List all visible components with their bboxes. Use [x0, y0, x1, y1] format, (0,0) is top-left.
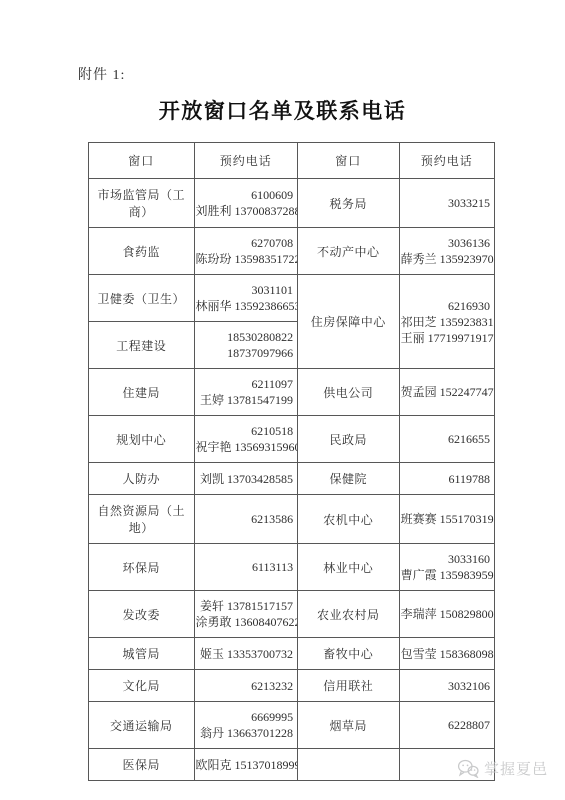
phone-line: 3033160	[401, 551, 490, 567]
window-name-cell: 医保局	[89, 749, 195, 781]
window-name-cell: 不动产中心	[298, 228, 400, 275]
phone-cell: 包雪莹 15836809876	[399, 638, 494, 670]
phone-line: 6213586	[196, 511, 294, 527]
window-name-cell: 市场监管局（工商）	[89, 179, 195, 228]
window-name-cell: 文化局	[89, 670, 195, 702]
phone-line: 6228807	[401, 717, 490, 733]
phone-line: 6669995	[196, 709, 294, 725]
window-name-cell: 环保局	[89, 544, 195, 591]
phone-line: 林丽华 13592386653	[196, 298, 294, 314]
contact-table: 窗口预约电话窗口预约电话 市场监管局（工商）6100609刘胜利 1370083…	[88, 142, 495, 781]
phone-line: 陈玢玢 13598351722	[196, 251, 294, 267]
column-header: 窗口	[298, 143, 400, 179]
phone-line: 6211097	[196, 376, 294, 392]
phone-line: 曹广霞 13598395987	[401, 567, 490, 583]
window-name-cell: 民政局	[298, 416, 400, 463]
phone-cell: 6119788	[399, 463, 494, 495]
window-name-cell: 发改委	[89, 591, 195, 638]
table-row: 自然资源局（土地）6213586农机中心班赛赛 15517031915	[89, 495, 495, 544]
phone-cell: 1853028082218737097966	[194, 322, 298, 369]
phone-line: 18530280822	[196, 329, 294, 345]
window-name-cell: 住房保障中心	[298, 275, 400, 369]
window-name-cell: 自然资源局（土地）	[89, 495, 195, 544]
phone-cell: 6228807	[399, 702, 494, 749]
phone-cell: 李瑞萍 15082980088	[399, 591, 494, 638]
phone-cell: 6213232	[194, 670, 298, 702]
phone-cell: 欧阳克 15137018999	[194, 749, 298, 781]
window-name-cell: 食药监	[89, 228, 195, 275]
phone-line: 3033215	[401, 195, 490, 211]
phone-cell: 贺孟园 15224774727	[399, 369, 494, 416]
table-row: 食药监6270708陈玢玢 13598351722不动产中心3036136薛秀兰…	[89, 228, 495, 275]
phone-cell: 6113113	[194, 544, 298, 591]
table-row: 规划中心6210518祝宇艳 13569315960民政局6216655	[89, 416, 495, 463]
attachment-label: 附件 1:	[78, 64, 125, 84]
phone-line: 涂勇敢 13608407622	[196, 614, 294, 630]
window-name-cell: 卫健委（卫生）	[89, 275, 195, 322]
phone-cell: 6100609刘胜利 13700837288	[194, 179, 298, 228]
table-row: 人防办刘凯 13703428585保健院6119788	[89, 463, 495, 495]
column-header: 预约电话	[194, 143, 298, 179]
phone-line: 6213232	[196, 678, 294, 694]
phone-cell: 6210518祝宇艳 13569315960	[194, 416, 298, 463]
phone-line: 祝宇艳 13569315960	[196, 439, 294, 455]
window-name-cell: 规划中心	[89, 416, 195, 463]
phone-cell: 3036136薛秀兰 13592397004	[399, 228, 494, 275]
phone-line: 李瑞萍 15082980088	[401, 606, 490, 622]
phone-line: 包雪莹 15836809876	[401, 646, 490, 662]
phone-line: 6119788	[401, 471, 490, 487]
phone-line: 欧阳克 15137018999	[196, 757, 294, 773]
phone-line: 翁丹 13663701228	[196, 725, 294, 741]
window-name-cell: 人防办	[89, 463, 195, 495]
phone-line: 3036136	[401, 235, 490, 251]
watermark-text: 掌握夏邑	[484, 758, 548, 779]
table-row: 城管局姬玉 13353700732畜牧中心包雪莹 15836809876	[89, 638, 495, 670]
phone-cell: 姬玉 13353700732	[194, 638, 298, 670]
table-row: 住建局6211097王婷 13781547199供电公司贺孟园 15224774…	[89, 369, 495, 416]
phone-line: 王婷 13781547199	[196, 392, 294, 408]
window-name-cell: 农业农村局	[298, 591, 400, 638]
window-name-cell: 供电公司	[298, 369, 400, 416]
phone-line: 3032106	[401, 678, 490, 694]
phone-cell: 班赛赛 15517031915	[399, 495, 494, 544]
phone-cell: 6669995翁丹 13663701228	[194, 702, 298, 749]
window-name-cell: 烟草局	[298, 702, 400, 749]
phone-cell: 3033215	[399, 179, 494, 228]
table-row: 医保局欧阳克 15137018999	[89, 749, 495, 781]
phone-cell: 3032106	[399, 670, 494, 702]
window-name-cell: 工程建设	[89, 322, 195, 369]
window-name-cell: 保健院	[298, 463, 400, 495]
phone-line: 6113113	[196, 559, 294, 575]
phone-cell: 6216655	[399, 416, 494, 463]
phone-cell: 3033160曹广霞 13598395987	[399, 544, 494, 591]
phone-line: 18737097966	[196, 345, 294, 361]
phone-line: 6216930	[401, 298, 490, 314]
watermark: 掌握夏邑	[457, 758, 548, 779]
phone-line: 祁田芝 13592383112	[401, 314, 490, 330]
phone-cell: 刘凯 13703428585	[194, 463, 298, 495]
wechat-icon	[457, 759, 479, 778]
phone-line: 贺孟园 15224774727	[401, 384, 490, 400]
phone-line: 姬玉 13353700732	[196, 646, 294, 662]
phone-line: 班赛赛 15517031915	[401, 511, 490, 527]
phone-line: 刘凯 13703428585	[196, 471, 294, 487]
phone-cell: 姜轩 13781517157涂勇敢 13608407622	[194, 591, 298, 638]
table-row: 文化局6213232信用联社3032106	[89, 670, 495, 702]
table-row: 发改委姜轩 13781517157涂勇敢 13608407622农业农村局李瑞萍…	[89, 591, 495, 638]
phone-cell: 6216930祁田芝 13592383112王丽 17719971917	[399, 275, 494, 369]
page-title: 开放窗口名单及联系电话	[0, 95, 565, 125]
phone-cell: 6211097王婷 13781547199	[194, 369, 298, 416]
phone-line: 薛秀兰 13592397004	[401, 251, 490, 267]
window-name-cell: 住建局	[89, 369, 195, 416]
phone-line: 6210518	[196, 423, 294, 439]
window-name-cell: 税务局	[298, 179, 400, 228]
window-name-cell: 林业中心	[298, 544, 400, 591]
phone-cell: 6213586	[194, 495, 298, 544]
column-header: 预约电话	[399, 143, 494, 179]
table-header-row: 窗口预约电话窗口预约电话	[89, 143, 495, 179]
phone-line: 姜轩 13781517157	[196, 598, 294, 614]
window-name-cell: 畜牧中心	[298, 638, 400, 670]
table-row: 交通运输局6669995翁丹 13663701228烟草局6228807	[89, 702, 495, 749]
table-row: 环保局6113113林业中心3033160曹广霞 13598395987	[89, 544, 495, 591]
window-name-cell	[298, 749, 400, 781]
phone-line: 6100609	[196, 187, 294, 203]
phone-line: 3031101	[196, 282, 294, 298]
phone-cell: 6270708陈玢玢 13598351722	[194, 228, 298, 275]
window-name-cell: 信用联社	[298, 670, 400, 702]
window-name-cell: 城管局	[89, 638, 195, 670]
table-row: 卫健委（卫生）3031101林丽华 13592386653住房保障中心62169…	[89, 275, 495, 322]
phone-cell: 3031101林丽华 13592386653	[194, 275, 298, 322]
window-name-cell: 农机中心	[298, 495, 400, 544]
window-name-cell: 交通运输局	[89, 702, 195, 749]
phone-line: 6270708	[196, 235, 294, 251]
table-row: 市场监管局（工商）6100609刘胜利 13700837288税务局303321…	[89, 179, 495, 228]
phone-line: 6216655	[401, 431, 490, 447]
phone-line: 王丽 17719971917	[401, 330, 490, 346]
column-header: 窗口	[89, 143, 195, 179]
phone-line: 刘胜利 13700837288	[196, 203, 294, 219]
